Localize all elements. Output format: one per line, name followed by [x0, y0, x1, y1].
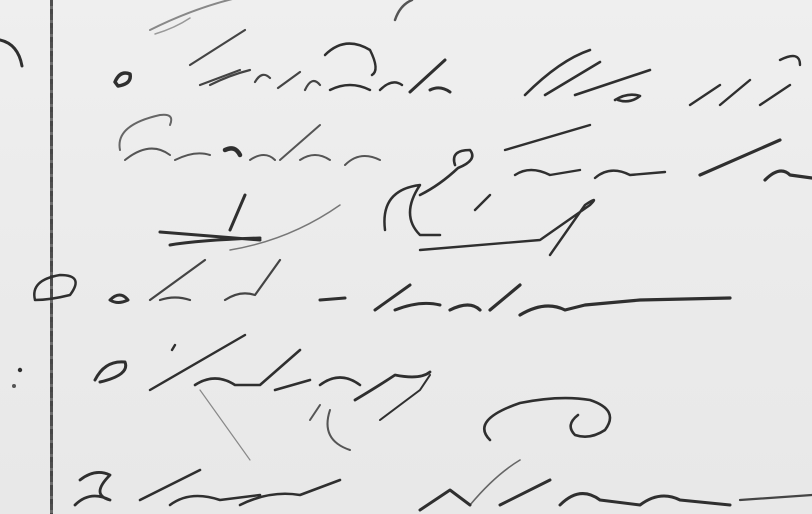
transcription-line-4: Zoon Dreesen — [35, 265, 318, 311]
transcription-line-7: Evert Pedersen — [75, 465, 386, 511]
transcription-line-1: Hendrik Mathie — [115, 50, 437, 96]
colon-mark-text: : — [8, 360, 18, 395]
transcription-line-5: Marburg — [95, 345, 275, 391]
transcription-line-6: P — [480, 395, 507, 441]
transcription-line-3: 2 Juli — [160, 195, 266, 241]
document-page: Hendrik Mathie Cecilia Blanedt 2 Juli Zo… — [0, 0, 812, 514]
left-bracket-mark-text: ) — [0, 35, 12, 70]
transcription-line-2: Cecilia Blanedt — [115, 115, 424, 161]
